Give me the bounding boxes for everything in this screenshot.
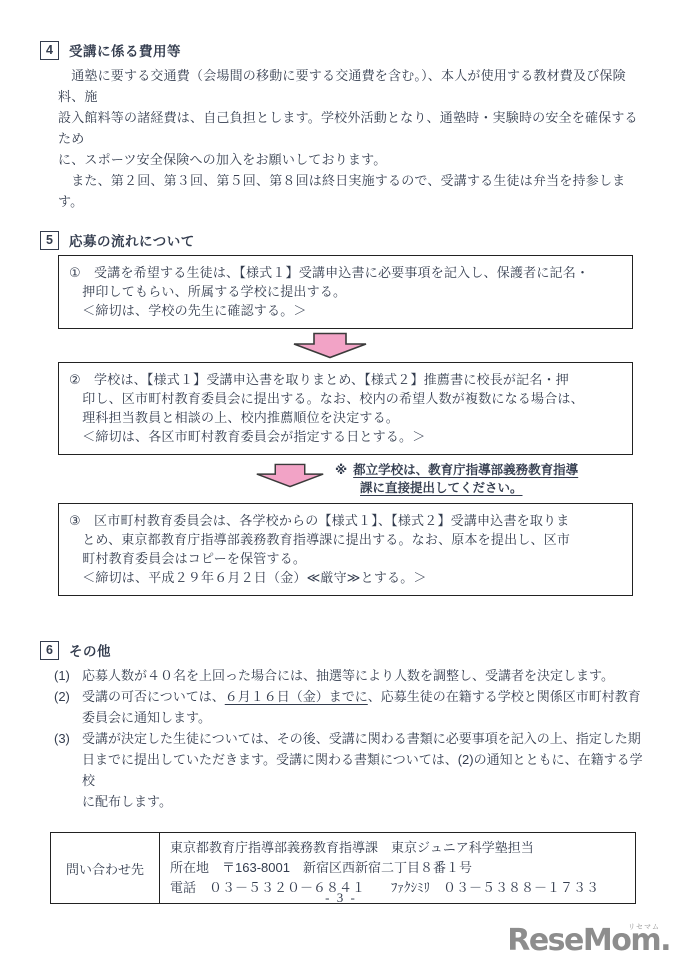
- list-item-body: 受講が決定した生徒については、その後、受講に関わる書類に必要事項を記入の上、指定…: [82, 728, 646, 812]
- logo-ruby-text: リセマム: [628, 922, 660, 932]
- list-item-body: 応募人数が４０名を上回った場合には、抽選等により人数を調整し、受講者を決定します…: [82, 665, 646, 686]
- paragraph-line: また、第２回、第３回、第５回、第８回は終日実施するので、受講する生徒は弁当を持参…: [58, 170, 646, 212]
- list-item-line: に配布します。: [82, 791, 646, 812]
- list-item: (2) 受講の可否については、６月１６日（金）までに、応募生徒の在籍する学校と関…: [54, 686, 646, 728]
- section-6-list: (1) 応募人数が４０名を上回った場合には、抽選等により人数を調整し、受講者を決…: [54, 665, 646, 812]
- flow-step-3-box: ③ 区市町村教育委員会は、各学校からの【様式１】、【様式２】受講申込書を取りま …: [58, 503, 633, 596]
- flow-step-line: ② 学校は、【様式１】受講申込書を取りまとめ、【様式２】推薦書に校長が記名・押: [69, 370, 622, 389]
- note-line-2: 課に直接提出してください。: [335, 479, 578, 497]
- section-4-title: 受講に係る費用等: [69, 40, 181, 60]
- note-line-1: ※都立学校は、教育庁指導部義務教育指導: [335, 461, 578, 479]
- note-marker: ※: [335, 463, 347, 477]
- section-6-title: その他: [69, 640, 111, 660]
- text-segment: 、応募生徒の在籍する学校と関係区市町村教育: [368, 689, 641, 704]
- section-4-heading: 4 受講に係る費用等: [40, 40, 646, 60]
- section-5-title: 応募の流れについて: [69, 230, 195, 250]
- flow-step-2-box: ② 学校は、【様式１】受講申込書を取りまとめ、【様式２】推薦書に校長が記名・押 …: [58, 362, 633, 455]
- flow-step-line: 町村教育委員会はコピーを保管する。: [69, 549, 622, 568]
- list-item: (1) 応募人数が４０名を上回った場合には、抽選等により人数を調整し、受講者を決…: [54, 665, 646, 686]
- flow-arrow-2-with-note: ※都立学校は、教育庁指導部義務教育指導 課に直接提出してください。: [255, 461, 646, 497]
- note-underlined-text: 課に直接提出してください。: [360, 481, 523, 495]
- list-item-label: (2): [54, 686, 82, 728]
- section-5-heading: 5 応募の流れについて: [40, 230, 646, 250]
- section-4-number-box: 4: [40, 41, 59, 60]
- flow-step-line: ＜締切は、各区市町村教育委員会が指定する日とする。＞: [69, 427, 622, 446]
- paragraph-line: 通塾に要する交通費（会場間の移動に要する交通費を含む。）、本人が使用する教材費及…: [58, 65, 646, 107]
- flow-step-line: とめ、東京都教育庁指導部義務教育指導課に提出する。なお、原本を提出し、区市: [69, 530, 622, 549]
- flow-step-1-box: ① 受講を希望する生徒は、【様式１】受講申込書に必要事項を記入し、保護者に記名・…: [58, 255, 633, 329]
- flow-step-line: 理科担当教員と相談の上、校内推薦順位を決定する。: [69, 408, 622, 427]
- resemom-logo: リセマム ReseMom.: [507, 923, 670, 958]
- contact-line-address: 所在地 〒163-8001 新宿区西新宿二丁目８番１号: [170, 858, 625, 878]
- section-6-heading: 6 その他: [40, 640, 646, 660]
- paragraph-line: に、スポーツ安全保険への加入をお願いしております。: [58, 149, 646, 170]
- section-6-number-box: 6: [40, 641, 59, 660]
- page-number: - 3 -: [0, 890, 682, 906]
- flow-step-line: ＜締切は、学校の先生に確認する。＞: [69, 301, 622, 320]
- note-underlined-text: 都立学校は、教育庁指導部義務教育指導: [353, 463, 578, 477]
- paragraph-line: 設入館料等の諸経費は、自己負担とします。学校外活動となり、通塾時・実験時の安全を…: [58, 107, 646, 149]
- document-page: 4 受講に係る費用等 通塾に要する交通費（会場間の移動に要する交通費を含む。）、…: [0, 0, 682, 964]
- section-5-number-box: 5: [40, 231, 59, 250]
- document-content: 4 受講に係る費用等 通塾に要する交通費（会場間の移動に要する交通費を含む。）、…: [0, 0, 682, 904]
- metropolitan-school-note: ※都立学校は、教育庁指導部義務教育指導 課に直接提出してください。: [335, 461, 578, 497]
- flow-step-line: 印し、区市町村教育委員会に提出する。なお、校内の希望人数が複数になる場合は、: [69, 389, 622, 408]
- down-arrow-icon: [255, 461, 325, 490]
- section-4-paragraph: 通塾に要する交通費（会場間の移動に要する交通費を含む。）、本人が使用する教材費及…: [58, 65, 646, 212]
- contact-line-department: 東京都教育庁指導部義務教育指導課 東京ジュニア科学塾担当: [170, 838, 625, 858]
- list-item-label: (1): [54, 665, 82, 686]
- flow-arrow-1: [292, 332, 646, 359]
- list-item: (3) 受講が決定した生徒については、その後、受講に関わる書類に必要事項を記入の…: [54, 728, 646, 812]
- list-item-label: (3): [54, 728, 82, 812]
- list-item-line: 応募人数が４０名を上回った場合には、抽選等により人数を調整し、受講者を決定します…: [82, 665, 646, 686]
- deadline-underlined-text: ６月１６日（金）までに: [225, 689, 368, 704]
- flow-step-line: ＜締切は、平成２９年６月２日（金）≪厳守≫とする。＞: [69, 568, 622, 587]
- text-segment: 受講の可否については、: [82, 689, 225, 704]
- list-item-line: 受講の可否については、６月１６日（金）までに、応募生徒の在籍する学校と関係区市町…: [82, 686, 646, 707]
- flow-step-line: 押印してもらい、所属する学校に提出する。: [69, 282, 622, 301]
- list-item-line: 受講が決定した生徒については、その後、受講に関わる書類に必要事項を記入の上、指定…: [82, 728, 646, 749]
- flow-step-line: ③ 区市町村教育委員会は、各学校からの【様式１】、【様式２】受講申込書を取りま: [69, 511, 622, 530]
- list-item-body: 受講の可否については、６月１６日（金）までに、応募生徒の在籍する学校と関係区市町…: [82, 686, 646, 728]
- flow-step-line: ① 受講を希望する生徒は、【様式１】受講申込書に必要事項を記入し、保護者に記名・: [69, 263, 622, 282]
- list-item-line: 日までに提出していただきます。受講に関わる書類については、(2)の通知とともに、…: [82, 749, 646, 791]
- list-item-line: 委員会に通知します。: [82, 707, 646, 728]
- down-arrow-icon: [292, 332, 368, 359]
